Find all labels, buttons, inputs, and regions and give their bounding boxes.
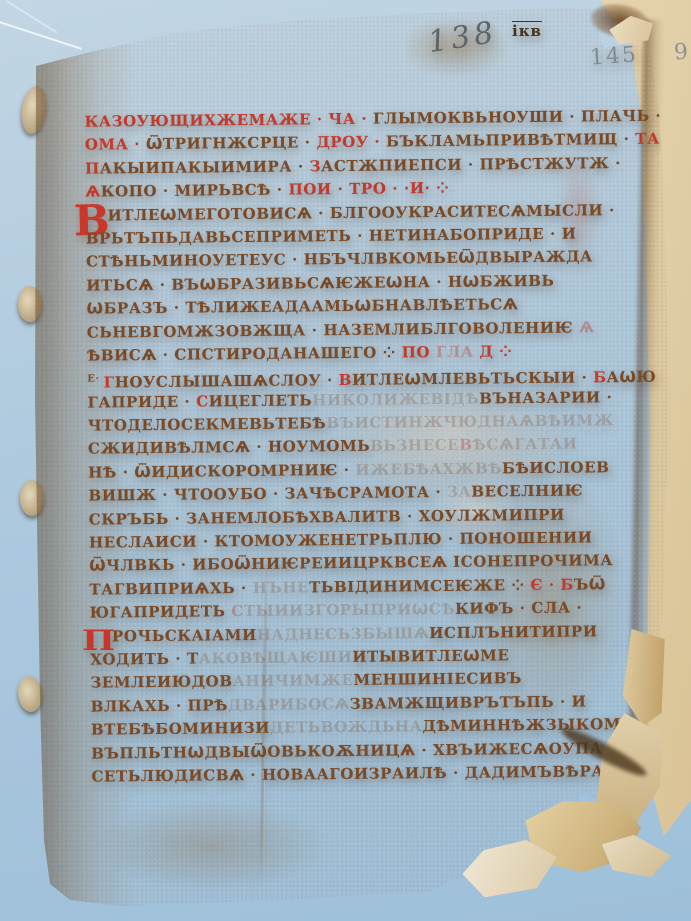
text-segment: ЗВАМЖЩИВРЪТЪПЬ · И (350, 692, 587, 712)
adjacent-page-number: 9 (673, 40, 689, 66)
text-segment: ѾТРИГНЖСРЦЕ · (146, 134, 317, 154)
text-segment: НАДНЕСЬЗБЫШѦ (257, 624, 430, 644)
text-segment: С (196, 392, 209, 410)
text-segment: ВЪНАЗАРИИ · (479, 388, 612, 407)
text-segment: АНИЧИМЖЕ (232, 671, 353, 690)
text-segment: ГЛЫМОКВЬНОУШИ · ПЛАЧЬ · (373, 107, 661, 128)
text-segment: ГАПРИДЕ · (87, 392, 196, 411)
text-segment: ИТЬСѦ · ВЪѠБРАЗИВЬСѦѤЖЕѠНА · НѠБЖИВЬ (86, 272, 554, 295)
text-segment: ѾЧЛВКЬ · ИБОѾНИѤРЕИИЦРКВСЕѦ ІСОНЕПРОЧИМА (89, 552, 613, 575)
text-segment: ѠБРАЗЪ · ТѢЛИЖЕАДААМЬѠБНАВЛѢЕТЬСѦ (86, 295, 518, 318)
text-segment: Д ⁘ (479, 342, 512, 360)
text-segment: Ѧ (85, 183, 101, 201)
text-segment: СКРЪБЬ · ЗАНЕМЛОБѢХВАЛИТВ · ХОУЛЖМИПРИ (89, 505, 565, 528)
manuscript-text-block: КАЗОУЮЩИХЖЕМАЖЕ · ЧА · ГЛЫМОКВЬНОУШИ · П… (84, 105, 601, 789)
text-segment: КОПО · МИРЬВСѢ · (101, 181, 289, 201)
text-segment: ИТЛЕѠМЕГОТОВИСѦ · БЛГООУКРАСИТЕСѦМЫСЛИ · (107, 201, 614, 224)
text-segment: ВИШЖ · ЧТООУБО · ЗАЧѢСРАМОТА · (88, 483, 447, 505)
text-segment: ОМА · (85, 135, 146, 154)
text-segment: АКЫИПАКЫИМИРА · (100, 157, 310, 177)
text-segment: Е· (87, 374, 104, 385)
text-segment: ВТЕБѢБОМИНИЗИ (91, 719, 270, 739)
folio-number-alt: 145 (589, 42, 639, 70)
text-segment: В (339, 371, 352, 389)
text-segment: АСТЖПИЕПСИ · ПРѢСТЖУТЖ · (321, 154, 621, 175)
text-segment: СЕТЬЛЮДИСВѦ · НОВААГОИЗРАИЛѢ · ДАДИМЪВѢР… (91, 762, 636, 786)
text-segment: НЕСЛАИСИ · КТОМОУЖЕНЕТРЬПЛЮ · ПОНОШЕНИИ (89, 528, 593, 551)
text-segment: С (231, 602, 244, 620)
text-segment: АѠЮ (607, 368, 657, 387)
text-segment: В (459, 436, 472, 454)
text-segment: СЬНЕВГОМЖЗОВЖЩА · НАЗЕМЛИБЛГОВОЛЕНИѤ (87, 318, 579, 341)
text-segment: ГЛА (436, 342, 480, 360)
text-segment: ВЛКАХЬ · ПРѢ (91, 696, 229, 715)
text-segment: КИФЪ · СЛА · (455, 599, 582, 618)
text-segment: ТАГВИПРИѦХЬ · (89, 579, 252, 599)
text-segment: ѢСѦГАТАИ (472, 435, 577, 454)
text-segment: КАЗОУЮЩИХЖЕМАЖЕ · ЧА · (84, 110, 373, 131)
text-segment: ЮГАПРИДЕТЬ (90, 602, 232, 621)
text-segment: ТЬВІДИНИМСЕѤЖЕ ⁘ (309, 576, 531, 596)
text-segment: ВЪИСТИНЖЧЮДНАѦВѢИМЖ (326, 411, 614, 432)
text-segment: П (85, 159, 100, 177)
text-segment: ЗА (447, 483, 471, 501)
text-segment: ТЫИИЗГОРЫПРИѠСѢ (244, 600, 455, 620)
text-segment: РОЧЬСКАІАМИ (112, 626, 257, 646)
text-segment: ХОДИТЬ · Т (90, 650, 199, 669)
text-segment: СЖИДИВѢЛМСѦ · НОУМОМЬ (88, 437, 370, 458)
text-segment: МЕНШИНІЕСИВЪ (353, 670, 522, 690)
text-segment: ЗЕМЛЕИЮДОВ (90, 673, 232, 692)
text-segment: ПО (402, 343, 436, 361)
text-segment: НИКОЛИЖЕВІДѢ (312, 389, 479, 409)
manuscript-photo: 9 138 ікв 145 В П КАЗОУЮЩИХЖЕМАЖЕ · ЧА ·… (0, 0, 691, 921)
text-segment: НЪНЕ (253, 578, 310, 597)
quire-mark: ікв (512, 22, 542, 40)
text-segment: Б (593, 369, 607, 387)
text-segment: ДВАРИБОСѦ (228, 695, 350, 714)
text-segment: НѢ · ѾИДИСКОРОМРНИѤ · (88, 461, 355, 482)
text-segment: ПОИ · ТРО · ·И· ⁘ (288, 179, 449, 199)
text-segment: ЧТОДЕЛОСЕКМЕВЬТЕБѢ (88, 414, 327, 434)
text-segment: ИЖЕБѢАХЖВѢ (355, 459, 502, 479)
text-segment: ВРЬТЪПЬДАВЬСЕПРИМЕТЬ · НЕТИНАБОПРИДЕ · И (86, 224, 577, 247)
text-segment: Г (104, 374, 115, 392)
text-segment: ЪѾ (574, 575, 606, 593)
text-segment: ИСПЛЪНИТИПРИ (429, 622, 598, 642)
text-segment: БЪКЛАМЬПРИВѢТМИЩ · (386, 130, 635, 151)
text-segment: АКОВѢЩАѤШИ (199, 648, 353, 668)
text-segment: ВЪПЛЬТНѠДВЫѾОВЬКОѪНИЦѦ · ХВЪИЖЕСѦОУПА (91, 739, 603, 762)
text-segment: ДѢМИННѢЖЗЫКОМЬ · (422, 715, 645, 735)
text-segment: Ѧ (579, 318, 595, 336)
text-segment: З (310, 157, 322, 175)
text-segment: ВЬЗНЕСЕ (370, 436, 459, 455)
parchment-page: 138 ікв 145 В П КАЗОУЮЩИХЖЕМАЖЕ · ЧА · Г… (0, 0, 691, 921)
text-segment: ИЦЕГЛЕТЬ (209, 391, 313, 410)
text-segment: ДРОУ · (316, 133, 386, 152)
text-segment: СТѢНЬМИНОУЕТЕУС · НБЪЧЛВКОМЬЕѾДВЫРАЖДА (86, 248, 593, 271)
text-segment: ВЕСЕЛНИѤ (471, 482, 583, 501)
text-segment: ИТЫВИТЛЕѠМЕ (352, 646, 509, 666)
text-segment: Є · Б (530, 575, 574, 593)
text-segment: ѢВИСѦ · СПСТИРОДАНАШЕГО ⁘ (87, 343, 402, 364)
text-segment: БѢИСЛОЕВ (502, 458, 610, 477)
text-segment: ДЕТЬВОЖДЬНА (270, 717, 423, 737)
